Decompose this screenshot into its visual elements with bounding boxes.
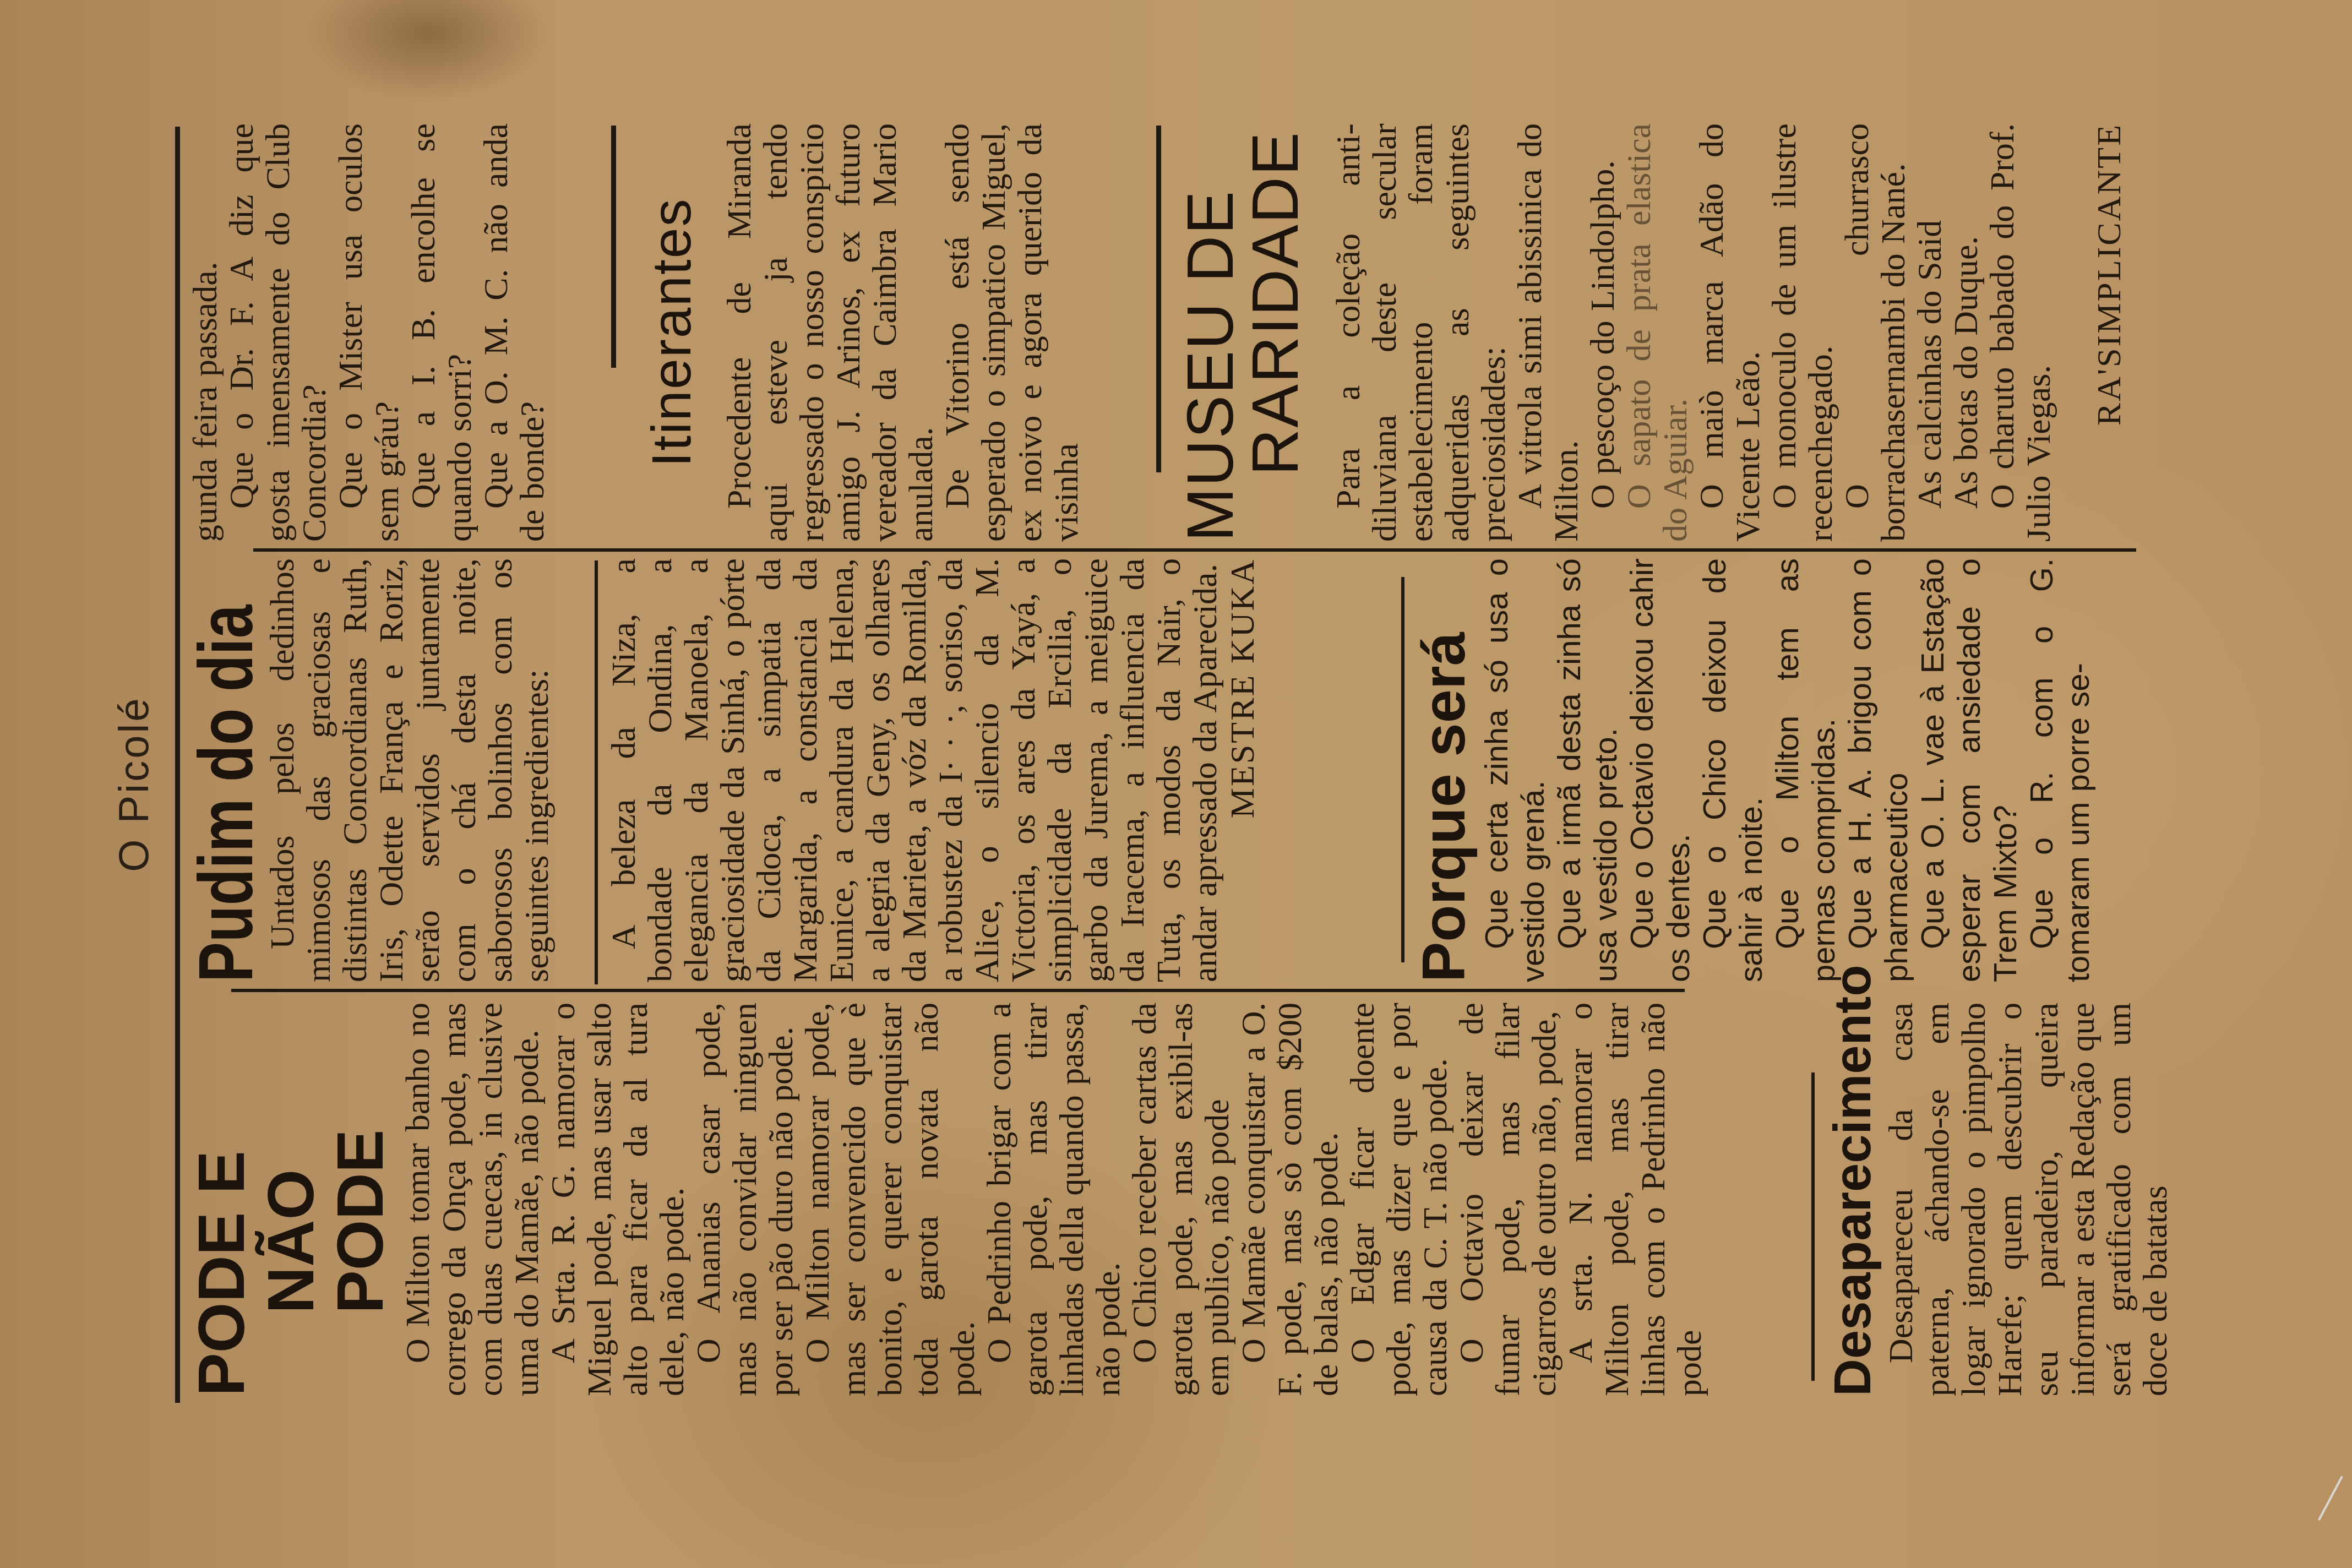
desaparecimento-body: Desapareceu da casa paterna, áchando-se … — [1883, 1003, 2174, 1396]
header-title: O Picolé — [110, 0, 158, 1568]
museu-item: O churrasco borrachasernambi do Nané. — [1839, 123, 1912, 542]
museu-title-line2: RARIDADE — [1243, 123, 1308, 542]
pode-paragraph: O Octavio deixar de fumar pode, mas fila… — [1453, 1003, 1562, 1396]
museu-item: A vitrola simi abissinica do Milton. — [1512, 123, 1585, 542]
museu-body: Para a coleção anti-diluviana deste secu… — [1330, 123, 2057, 542]
porque-item: Que a irmã desta zinha só usa vestido pr… — [1551, 558, 1624, 982]
porque-item: Que certa zinha só usa o vestido grená. — [1479, 558, 1551, 982]
pudim-body: Untados pelos dedinhos mimosos das graci… — [264, 558, 555, 982]
porque-item: Que a O. L. vae à Estação esperar com an… — [1915, 558, 2024, 982]
itinerantes-body: Procedente de Miranda aqui esteve ja ten… — [721, 123, 1085, 542]
pudim-paragraph: Untados pelos dedinhos mimosos das graci… — [264, 558, 555, 982]
pode-paragraph: A srta. N. namorar o Milton pode, mas ti… — [1562, 1003, 1708, 1396]
itinerantes-paragraph: De Vitorino está sendo esperado o simpat… — [939, 123, 1085, 542]
pode-body: O Milton tomar banho no corrego da Onça … — [400, 1003, 1708, 1396]
question-item: gunda feira passada. — [187, 123, 224, 542]
question-item: Que o Dr. F. A diz que gosta imensamente… — [224, 123, 333, 542]
column-divider-1 — [231, 989, 1685, 992]
museu-paragraph: Para a coleção anti-diluviana deste secu… — [1330, 123, 1512, 542]
porque-item: Que o Octavio deixou cahir os dentes. — [1624, 558, 1697, 982]
pode-paragraph: O Pedrinho brigar com a garota pode, mas… — [981, 1003, 1126, 1396]
question-item: Que a O. M. C. não anda de bonde? — [478, 123, 551, 542]
article-porque-sera: Porque será Que certa zinha só usa o ves… — [1409, 558, 2097, 982]
museu-signature: RA'SIMPLICANTE — [2090, 123, 2129, 542]
desaparecimento-title: Desaparecimento — [1822, 1003, 1883, 1396]
porque-body: Que certa zinha só usa o vestido grená. … — [1479, 558, 2097, 982]
question-item: Que o Mister usa oculos sem gráu? — [333, 123, 405, 542]
porque-item: Que o Chico deixou de sahir à noite. — [1697, 558, 1770, 982]
porque-item: Que o R. com o G. tomaram um porre se- — [2024, 558, 2097, 982]
museu-item: O monoculo de um ilustre recenchegado. — [1766, 123, 1839, 542]
pode-paragraph: O Chico receber cartas da garota pode, m… — [1126, 1003, 1235, 1396]
pudim-ingredients-body: A beleza da Niza, a bondade da Ondina, a… — [606, 558, 1223, 982]
itinerantes-paragraph: Procedente de Miranda aqui esteve ja ten… — [721, 123, 939, 542]
article-desaparecimento: Desaparecimento Desapareceu da casa pate… — [1822, 1003, 2174, 1396]
pode-paragraph: O Edgar ficar doente pode, mas dizer que… — [1344, 1003, 1453, 1396]
pudim-title: Pudim do dia — [187, 651, 264, 982]
pode-paragraph: O Milton tomar banho no corrego da Onça … — [400, 1003, 545, 1396]
itinerantes-title: Itinerantes — [639, 123, 705, 542]
pudim-mid-rule — [595, 560, 598, 984]
article-pudim-ingredients: A beleza da Niza, a bondade da Ondina, a… — [606, 558, 1262, 982]
porque-item: Que o Milton tem as pernas compridas. — [1770, 558, 1842, 982]
desaparecimento-paragraph: Desapareceu da casa paterna, áchando-se … — [1883, 1003, 2174, 1396]
pudim-paragraph: A beleza da Niza, a bondade da Ondina, a… — [606, 558, 1223, 982]
question-item: Que a I. B. encolhe se quando sorri? — [405, 123, 478, 542]
pode-title-line1: PODE E — [187, 1003, 257, 1396]
museu-title-line1: MUSEU DE — [1178, 123, 1243, 542]
pode-paragraph: A Srta. R. G. namorar o Miguel pode, mas… — [545, 1003, 690, 1396]
porque-top-rule — [1401, 577, 1404, 962]
museu-top-rule — [1156, 126, 1161, 472]
museu-item: As botas do Duque. — [1948, 123, 1984, 542]
pode-paragraph: O Ananias casar pode, mas não convidar n… — [690, 1003, 799, 1396]
pudim-signature: MESTRE KUKA — [1223, 558, 1262, 982]
header-rule — [175, 127, 180, 1403]
article-itinerantes: Itinerantes Procedente de Miranda aqui e… — [639, 123, 1085, 542]
museu-item: O maiò marca Adão do Vicente Leão. — [1694, 123, 1766, 542]
pode-paragraph: O Milton namorar pode, mas ser convencid… — [799, 1003, 981, 1396]
pode-title-line2: NÃO PODE — [257, 1003, 395, 1396]
desaparecimento-top-rule — [1811, 1072, 1815, 1381]
itinerantes-top-rule — [611, 126, 616, 368]
article-questions-continued: gunda feira passada. Que o Dr. F. A diz … — [187, 123, 551, 542]
questions-body: gunda feira passada. Que o Dr. F. A diz … — [187, 123, 551, 542]
page-header: O Picolé — [110, 0, 158, 1568]
museu-item: O charuto babado do Prof. Julio Viegas. — [1984, 123, 2057, 542]
pode-paragraph: O Mamãe conquistar a O. F. pode, mas sò … — [1235, 1003, 1344, 1396]
porque-title: Porque será — [1409, 558, 1479, 982]
column-divider-2 — [253, 548, 2136, 552]
porque-item: Que a H. A. brigou com o pharmaceutico — [1842, 558, 1915, 982]
article-pudim-do-dia: Pudim do dia Untados pelos dedinhos mimo… — [187, 558, 555, 982]
newspaper-page: O Picolé PODE E NÃO PODE O Milton tomar … — [0, 0, 2352, 1568]
museu-item: As calcinhas do Said — [1912, 123, 1948, 542]
article-pode-e-nao-pode: PODE E NÃO PODE O Milton tomar banho no … — [187, 1003, 1708, 1396]
museu-item: O sapato de prata elastica do Aguiar. — [1621, 123, 1694, 542]
article-museu-de-raridade: MUSEU DE RARIDADE Para a coleção anti-di… — [1178, 123, 2129, 542]
museu-item: O pescoço do Lindolpho. — [1585, 123, 1621, 542]
